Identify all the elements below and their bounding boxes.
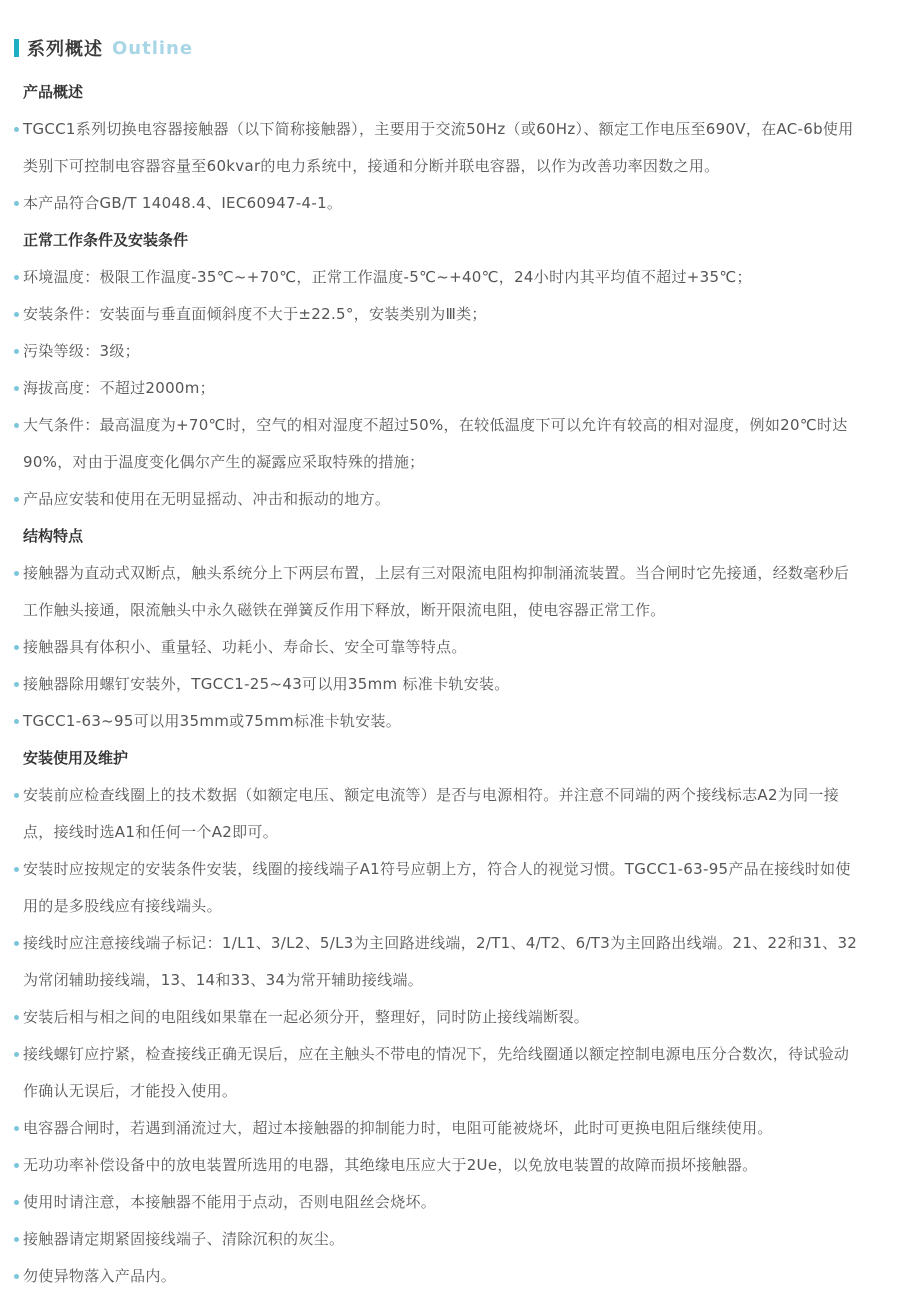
- item-text: 产品应安装和使用在无明显摇动、冲击和振动的地方。: [23, 490, 390, 508]
- section-heading-working-conditions: 正常工作条件及安装条件: [14, 222, 858, 259]
- list-item: 海拔高度：不超过2000m；: [14, 370, 858, 407]
- list-item: 大气条件：最高温度为+70℃时，空气的相对湿度不超过50%，在较低温度下可以允许…: [14, 407, 858, 481]
- item-text: 大气条件：最高温度为+70℃时，空气的相对湿度不超过50%，在较低温度下可以允许…: [23, 416, 848, 471]
- item-text: 接线螺钉应拧紧，检查接线正确无误后，应在主触头不带电的情况下，先给线圈通以额定控…: [23, 1045, 849, 1100]
- item-text: 无功功率补偿设备中的放电装置所选用的电器，其绝缘电压应大于2Ue，以免放电装置的…: [23, 1156, 757, 1174]
- list-item: TGCC1-63~95可以用35mm或75mm标准卡轨安装。: [14, 703, 858, 740]
- item-text: 污染等级：3级；: [23, 342, 140, 360]
- bullet-icon: [14, 201, 19, 206]
- bullet-icon: [14, 423, 19, 428]
- list-item: 接触器具有体积小、重量轻、功耗小、寿命长、安全可靠等特点。: [14, 629, 858, 666]
- item-text: 海拔高度：不超过2000m；: [23, 379, 215, 397]
- list-item: 接线时应注意接线端子标记：1/L1、3/L2、5/L3为主回路进线端，2/T1、…: [14, 925, 858, 999]
- bullet-icon: [14, 349, 19, 354]
- bullet-icon: [14, 127, 19, 132]
- bullet-icon: [14, 1163, 19, 1168]
- item-text: 勿使异物落入产品内。: [23, 1267, 176, 1285]
- bullet-icon: [14, 1200, 19, 1205]
- bullet-icon: [14, 941, 19, 946]
- section-heading-product-overview: 产品概述: [14, 74, 858, 111]
- section-heading-installation-maintenance: 安装使用及维护: [14, 740, 858, 777]
- section-heading-structure-features: 结构特点: [14, 518, 858, 555]
- bullet-icon: [14, 1274, 19, 1279]
- list-item: 安装前应检查线圈上的技术数据（如额定电压、额定电流等）是否与电源相符。并注意不同…: [14, 777, 858, 851]
- bullet-icon: [14, 645, 19, 650]
- bullet-icon: [14, 497, 19, 502]
- list-item: 无功功率补偿设备中的放电装置所选用的电器，其绝缘电压应大于2Ue，以免放电装置的…: [14, 1147, 858, 1184]
- item-text: TGCC1系列切换电容器接触器（以下简称接触器），主要用于交流50Hz（或60H…: [23, 120, 854, 175]
- bullet-icon: [14, 682, 19, 687]
- item-text: 接触器具有体积小、重量轻、功耗小、寿命长、安全可靠等特点。: [23, 638, 467, 656]
- item-text: 接线时应注意接线端子标记：1/L1、3/L2、5/L3为主回路进线端，2/T1、…: [23, 934, 857, 989]
- bullet-icon: [14, 1015, 19, 1020]
- list-item: 安装后相与相之间的电阻线如果靠在一起必须分开，整理好，同时防止接线端断裂。: [14, 999, 858, 1036]
- item-text: 电容器合闸时，若遇到涌流过大，超过本接触器的抑制能力时，电阻可能被烧坏，此时可更…: [23, 1119, 773, 1137]
- item-text: 接触器请定期紧固接线端子、清除沉积的灰尘。: [23, 1230, 344, 1248]
- page-title-english: Outline: [112, 38, 193, 59]
- item-text: 本产品符合GB/T 14048.4、IEC60947-4-1。: [23, 194, 342, 212]
- item-text: 安装时应按规定的安装条件安装，线圈的接线端子A1符号应朝上方，符合人的视觉习惯。…: [23, 860, 851, 915]
- item-text: 安装前应检查线圈上的技术数据（如额定电压、额定电流等）是否与电源相符。并注意不同…: [23, 786, 839, 841]
- item-text: 接触器除用螺钉安装外，TGCC1-25~43可以用35mm 标准卡轨安装。: [23, 675, 510, 693]
- item-text: 使用时请注意，本接触器不能用于点动，否则电阻丝会烧坏。: [23, 1193, 436, 1211]
- bullet-icon: [14, 571, 19, 576]
- item-text: 安装后相与相之间的电阻线如果靠在一起必须分开，整理好，同时防止接线端断裂。: [23, 1008, 589, 1026]
- list-item: 接线螺钉应拧紧，检查接线正确无误后，应在主触头不带电的情况下，先给线圈通以额定控…: [14, 1036, 858, 1110]
- list-item: 安装时应按规定的安装条件安装，线圈的接线端子A1符号应朝上方，符合人的视觉习惯。…: [14, 851, 858, 925]
- bullet-icon: [14, 1237, 19, 1242]
- list-item: 本产品符合GB/T 14048.4、IEC60947-4-1。: [14, 185, 858, 222]
- list-item: 使用时请注意，本接触器不能用于点动，否则电阻丝会烧坏。: [14, 1184, 858, 1221]
- bullet-icon: [14, 793, 19, 798]
- list-item: 接触器除用螺钉安装外，TGCC1-25~43可以用35mm 标准卡轨安装。: [14, 666, 858, 703]
- item-text: 安装条件：安装面与垂直面倾斜度不大于±22.5°，安装类别为Ⅲ类；: [23, 305, 487, 323]
- list-item: 电容器合闸时，若遇到涌流过大，超过本接触器的抑制能力时，电阻可能被烧坏，此时可更…: [14, 1110, 858, 1147]
- list-item: 勿使异物落入产品内。: [14, 1258, 858, 1295]
- item-text: 环境温度：极限工作温度-35℃~+70℃，正常工作温度-5℃~+40℃，24小时…: [23, 268, 752, 286]
- bullet-icon: [14, 1052, 19, 1057]
- list-item: 接触器为直动式双断点，触头系统分上下两层布置，上层有三对限流电阻构抑制涌流装置。…: [14, 555, 858, 629]
- bullet-icon: [14, 275, 19, 280]
- list-item: 接触器请定期紧固接线端子、清除沉积的灰尘。: [14, 1221, 858, 1258]
- list-item: TGCC1系列切换电容器接触器（以下简称接触器），主要用于交流50Hz（或60H…: [14, 111, 858, 185]
- bullet-icon: [14, 867, 19, 872]
- bullet-icon: [14, 719, 19, 724]
- list-item: 环境温度：极限工作温度-35℃~+70℃，正常工作温度-5℃~+40℃，24小时…: [14, 259, 858, 296]
- page-title: 系列概述 Outline: [14, 36, 858, 60]
- item-text: 接触器为直动式双断点，触头系统分上下两层布置，上层有三对限流电阻构抑制涌流装置。…: [23, 564, 849, 619]
- bullet-icon: [14, 1126, 19, 1131]
- list-item: 产品应安装和使用在无明显摇动、冲击和振动的地方。: [14, 481, 858, 518]
- title-accent-bar-icon: [14, 39, 19, 57]
- list-item: 安装条件：安装面与垂直面倾斜度不大于±22.5°，安装类别为Ⅲ类；: [14, 296, 858, 333]
- bullet-icon: [14, 386, 19, 391]
- page-title-chinese: 系列概述: [27, 35, 103, 61]
- bullet-icon: [14, 312, 19, 317]
- item-text: TGCC1-63~95可以用35mm或75mm标准卡轨安装。: [23, 712, 401, 730]
- document-page: 系列概述 Outline 产品概述 TGCC1系列切换电容器接触器（以下简称接触…: [0, 0, 900, 1315]
- list-item: 污染等级：3级；: [14, 333, 858, 370]
